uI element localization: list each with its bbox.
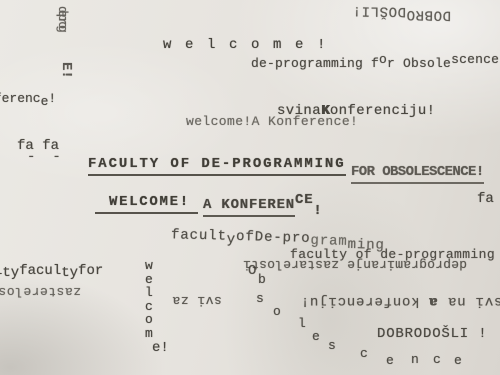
welcome-a-konference-text: welcome!A Konference! [186,114,358,129]
welcome-vertical-column: w e l c o m [145,259,153,340]
facultyofde-p2: y [227,232,237,248]
welcome-heading-text: WELCOME! [95,194,198,214]
welcome-spaced-text: w e l c o m e ! [163,37,328,53]
faculty-heading-text: FACULTY OF DE-PROGRAMMING [88,156,346,176]
ltyfac-p4: ty [61,265,78,281]
deprogramming-sup2: scence [451,52,499,67]
deprogramiranje-zastarelosti-flipped-text: deprogramiranje zastarelosti [243,257,467,272]
diagonal-letter: O [248,263,256,279]
svi-na-pre: svi na [438,293,500,309]
deprogramming-for-obsolescence-text: de-programming for Obsolescence [251,56,499,71]
svi-na-post: konferenciju! [300,293,429,309]
diagonal-letter: e [312,329,320,344]
diagonal-letter: l [298,316,306,331]
konference-heading-main: A KONFEREN [203,197,295,217]
obsolescence-heading: FOR OBSOLESCENCE! [351,164,484,180]
svi-za-flipped-text: svi za [172,293,222,308]
ltyfac-p2: ty [2,265,19,281]
konference-heading: A KONFERENCE! [203,197,323,213]
diagonal-letter: e [386,353,394,368]
diagonal-letter: s [328,338,336,353]
konference-cutoff-text: nference! [0,91,56,106]
dobrodosli-bottom-text: DOBRODOŠLI ! [377,326,487,342]
dobrodosli-flipped-p1: DOBRO [406,6,451,23]
konference-cutoff-bang: ! [48,91,56,106]
konference-cutoff-sub: e [41,94,49,109]
welcome-heading: WELCOME! [95,194,198,210]
dobrodosli-flipped-p2: DOŠLI! [352,2,406,19]
facultyofde-programming-text: facultyofDe-programming [171,227,385,249]
svi-na-konferenciju-flipped-text: svi na a konferenciju! [300,293,500,309]
ltyfacultyfor-text: ltyfacultyfor [0,263,103,279]
scanned-typewriter-page: deprog E! nference! w e l c o m e ! DOBR… [0,0,500,375]
diagonal-letter: b [258,272,266,287]
diagonal-letter: n [411,352,419,367]
deprogramming-p1: de-programming f [251,56,379,71]
konference-cutoff-pre: nferenc [0,91,41,106]
deprogramming-sup1: o [379,52,387,67]
diagonal-letter: c [360,346,368,361]
faculty-heading: FACULTY OF DE-PROGRAMMING [88,156,346,172]
facultyofde-p3: ofDe-pro [236,229,311,247]
vertical-deprog-text: deprog [55,6,70,29]
diagonal-letter: c [433,352,441,367]
obsolescence-heading-text: FOR OBSOLESCENCE! [351,164,484,184]
welcome-vertical-tail: e! [152,340,169,356]
konference-heading-sup: CE [295,192,313,208]
facultyofde-p1: facult [171,227,227,244]
konference-heading-bang: ! [313,203,322,219]
dobrodosli-flipped-text: DOBRODOŠLI! [352,5,451,23]
zasterelos-flipped-text: zasterelos [0,284,81,299]
diagonal-letter: e [454,353,462,368]
svi-na-bold-a: a [429,293,438,309]
diagonal-letter: s [256,291,264,306]
ltyfac-p3: facul [19,263,61,279]
vertical-deprog-tail: E! [58,62,74,79]
fa-fa-underscores: -- [27,149,78,165]
ltyfac-p5: for [78,263,103,279]
diagonal-letter: o [273,304,281,319]
deprogramming-p2: r Obsole [387,56,451,71]
fa-right-edge-text: fa [477,191,494,207]
